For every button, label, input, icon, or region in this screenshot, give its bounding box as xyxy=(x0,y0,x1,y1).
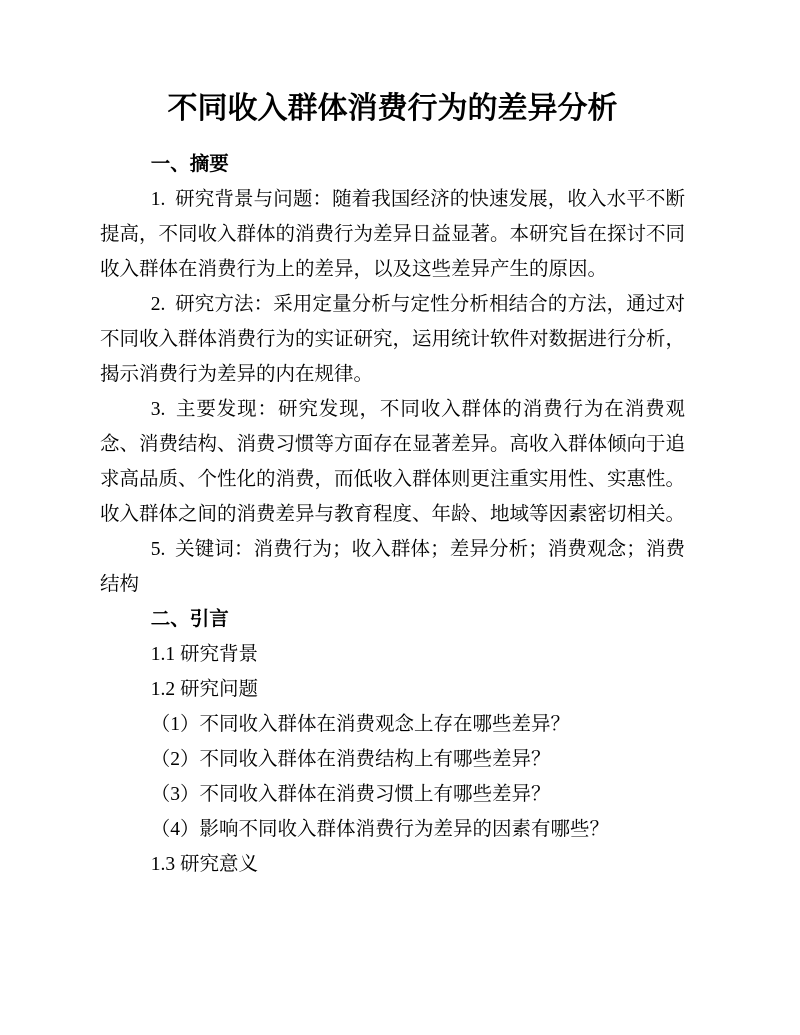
document-page: 不同收入群体消费行为的差异分析 一、摘要 1. 研究背景与问题：随着我国经济的快… xyxy=(0,0,800,1035)
subheading-1-2-research-questions: 1.2 研究问题 xyxy=(100,672,685,707)
list-item-question-2: （2）不同收入群体在消费结构上有哪些差异？ xyxy=(100,742,685,777)
paragraph-main-findings: 3. 主要发现：研究发现，不同收入群体的消费行为在消费观念、消费结构、消费习惯等… xyxy=(100,392,685,532)
section-heading-introduction: 二、引言 xyxy=(100,602,685,637)
paragraph-research-background: 1. 研究背景与问题：随着我国经济的快速发展，收入水平不断提高，不同收入群体的消… xyxy=(100,182,685,287)
list-item-question-3: （3）不同收入群体在消费习惯上有哪些差异？ xyxy=(100,777,685,812)
subheading-1-1-research-background: 1.1 研究背景 xyxy=(100,637,685,672)
list-item-question-4: （4）影响不同收入群体消费行为差异的因素有哪些？ xyxy=(100,812,685,847)
paragraph-research-method: 2. 研究方法：采用定量分析与定性分析相结合的方法，通过对不同收入群体消费行为的… xyxy=(100,287,685,392)
list-item-question-1: （1）不同收入群体在消费观念上存在哪些差异？ xyxy=(100,707,685,742)
paragraph-keywords: 5. 关键词：消费行为；收入群体；差异分析；消费观念；消费结构 xyxy=(100,532,685,602)
section-heading-abstract: 一、摘要 xyxy=(100,147,685,182)
document-body: 一、摘要 1. 研究背景与问题：随着我国经济的快速发展，收入水平不断提高，不同收… xyxy=(100,147,685,882)
document-title: 不同收入群体消费行为的差异分析 xyxy=(100,85,685,133)
subheading-1-3-research-significance: 1.3 研究意义 xyxy=(100,847,685,882)
